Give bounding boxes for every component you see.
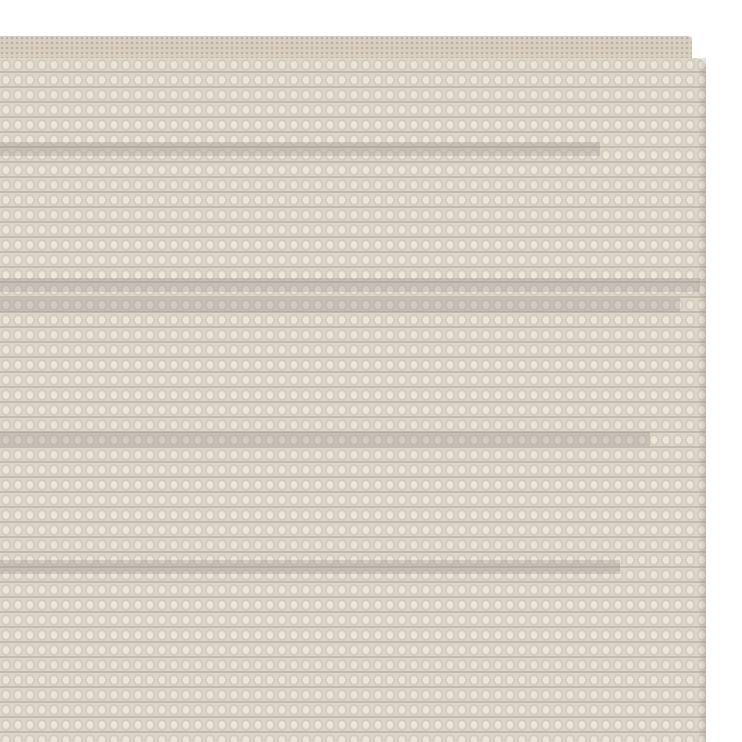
grey-stripe	[0, 432, 650, 446]
rug-woven-body	[0, 58, 706, 742]
rug-side-edge	[698, 58, 706, 742]
grey-stripe	[0, 298, 680, 312]
grey-stripe	[0, 560, 620, 574]
rug	[0, 36, 706, 742]
grey-stripe	[0, 142, 600, 156]
rug-top-edge	[0, 36, 692, 60]
grey-stripe	[0, 278, 700, 292]
